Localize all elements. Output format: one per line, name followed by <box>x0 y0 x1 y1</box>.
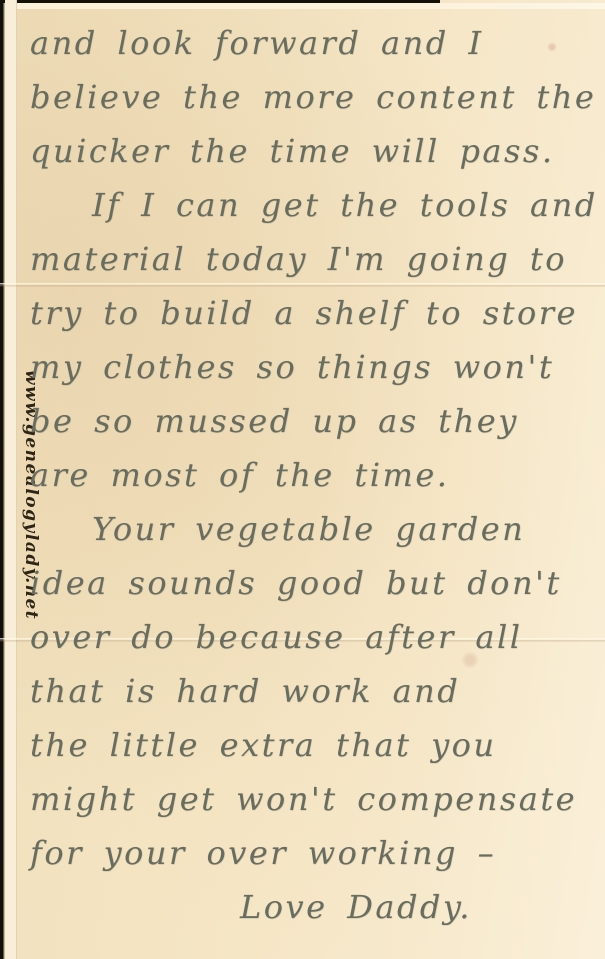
handwritten-line: try to build a shelf to store <box>30 286 595 340</box>
handwritten-line: If I can get the tools and <box>30 178 595 232</box>
handwritten-text-block: and look forward and I believe the more … <box>30 16 595 934</box>
handwritten-line: might get won't compensate <box>30 772 595 826</box>
letter-page: www.genealogylady.net and look forward a… <box>0 0 605 959</box>
handwritten-line: idea sounds good but don't <box>30 556 595 610</box>
handwritten-line: and look forward and I <box>30 16 595 70</box>
handwritten-line: material today I'm going to <box>30 232 595 286</box>
handwritten-line: for your over working – <box>30 826 595 880</box>
paper-left-edge <box>5 0 17 959</box>
signature-line: Love Daddy. <box>30 880 595 934</box>
handwritten-line: believe the more content the <box>30 70 595 124</box>
handwritten-line: be so mussed up as they <box>30 394 595 448</box>
handwritten-line: that is hard work and <box>30 664 595 718</box>
handwritten-line: my clothes so things won't <box>30 340 595 394</box>
handwritten-line: quicker the time will pass. <box>30 124 595 178</box>
handwritten-line: over do because after all <box>30 610 595 664</box>
handwritten-line: are most of the time. <box>30 448 595 502</box>
paper-top-edge <box>5 3 605 9</box>
handwritten-line: the little extra that you <box>30 718 595 772</box>
handwritten-line: Your vegetable garden <box>30 502 595 556</box>
